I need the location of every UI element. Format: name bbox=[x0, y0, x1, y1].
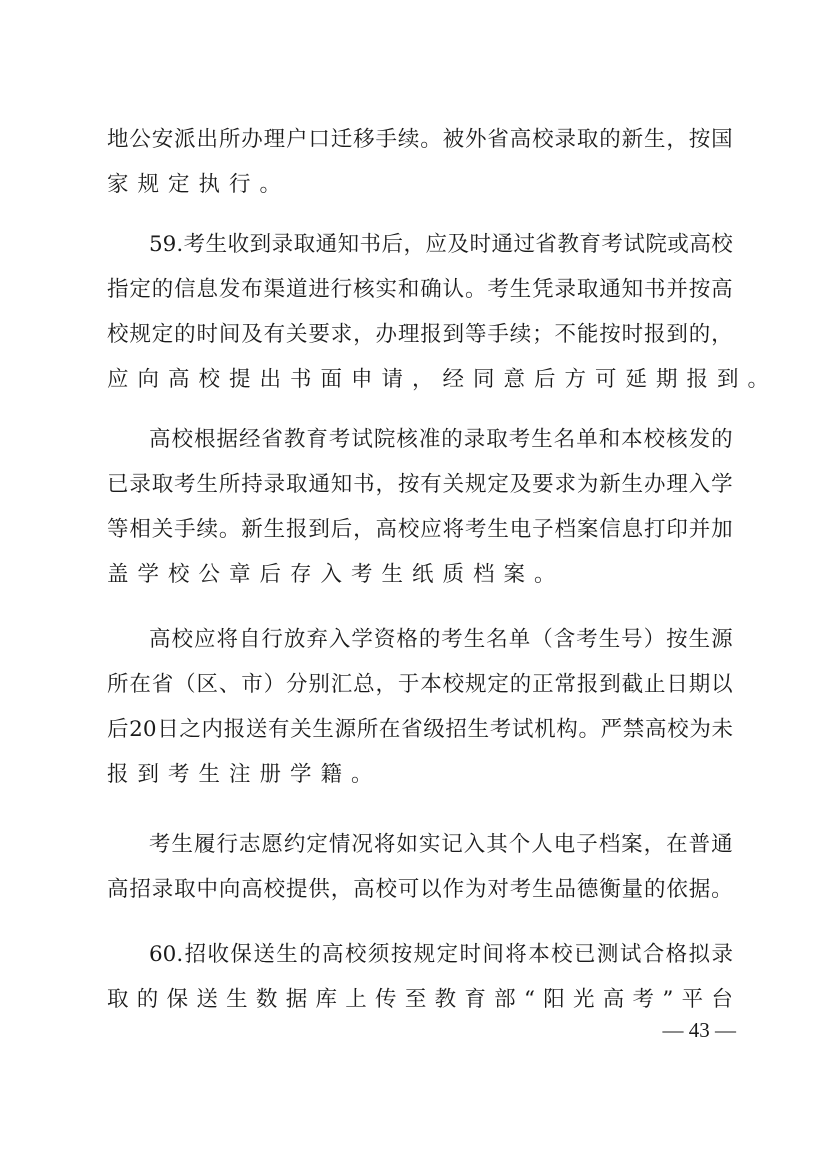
text-line: 考生履行志愿约定情况将如实记入其个人电子档案，在普通 bbox=[149, 830, 733, 860]
text-line: 60.招收保送生的高校须按规定时间将本校已测试合格拟录 bbox=[149, 940, 733, 970]
text-line: 已录取考生所持录取通知书，按有关规定及要求为新生办理入学 bbox=[107, 470, 733, 500]
text-line: 所在省（区、市）分别汇总，于本校规定的正常报到截止日期以 bbox=[107, 670, 733, 700]
page-number: — 43 — bbox=[636, 1016, 736, 1044]
text-line: 家规定执行。 bbox=[107, 170, 733, 200]
text-line: 指定的信息发布渠道进行核实和确认。考生凭录取通知书并按高 bbox=[107, 275, 733, 305]
text-line: 取的保送生数据库上传至教育部“阳光高考”平台 bbox=[107, 985, 733, 1015]
text-line: 地公安派出所办理户口迁移手续。被外省高校录取的新生，按国 bbox=[107, 125, 733, 155]
text-line: 校规定的时间及有关要求，办理报到等手续；不能按时报到的， bbox=[107, 320, 733, 350]
text-line: 盖学校公章后存入考生纸质档案。 bbox=[107, 560, 733, 590]
text-line: 59.考生收到录取通知书后，应及时通过省教育考试院或高校 bbox=[149, 230, 733, 260]
text-line: 等相关手续。新生报到后，高校应将考生电子档案信息打印并加 bbox=[107, 515, 733, 545]
document-page: 地公安派出所办理户口迁移手续。被外省高校录取的新生，按国 家规定执行。 59.考… bbox=[0, 0, 827, 1170]
text-line: 高招录取中向高校提供，高校可以作为对考生品德衡量的依据。 bbox=[107, 875, 733, 905]
text-line: 应向高校提出书面申请，经同意后方可延期报到。 bbox=[107, 365, 733, 395]
text-line: 后20日之内报送有关生源所在省级招生考试机构。严禁高校为未 bbox=[107, 715, 733, 745]
text-line: 高校应将自行放弃入学资格的考生名单（含考生号）按生源 bbox=[149, 625, 733, 655]
text-line: 报到考生注册学籍。 bbox=[107, 760, 733, 790]
text-line: 高校根据经省教育考试院核准的录取考生名单和本校核发的 bbox=[149, 425, 733, 455]
